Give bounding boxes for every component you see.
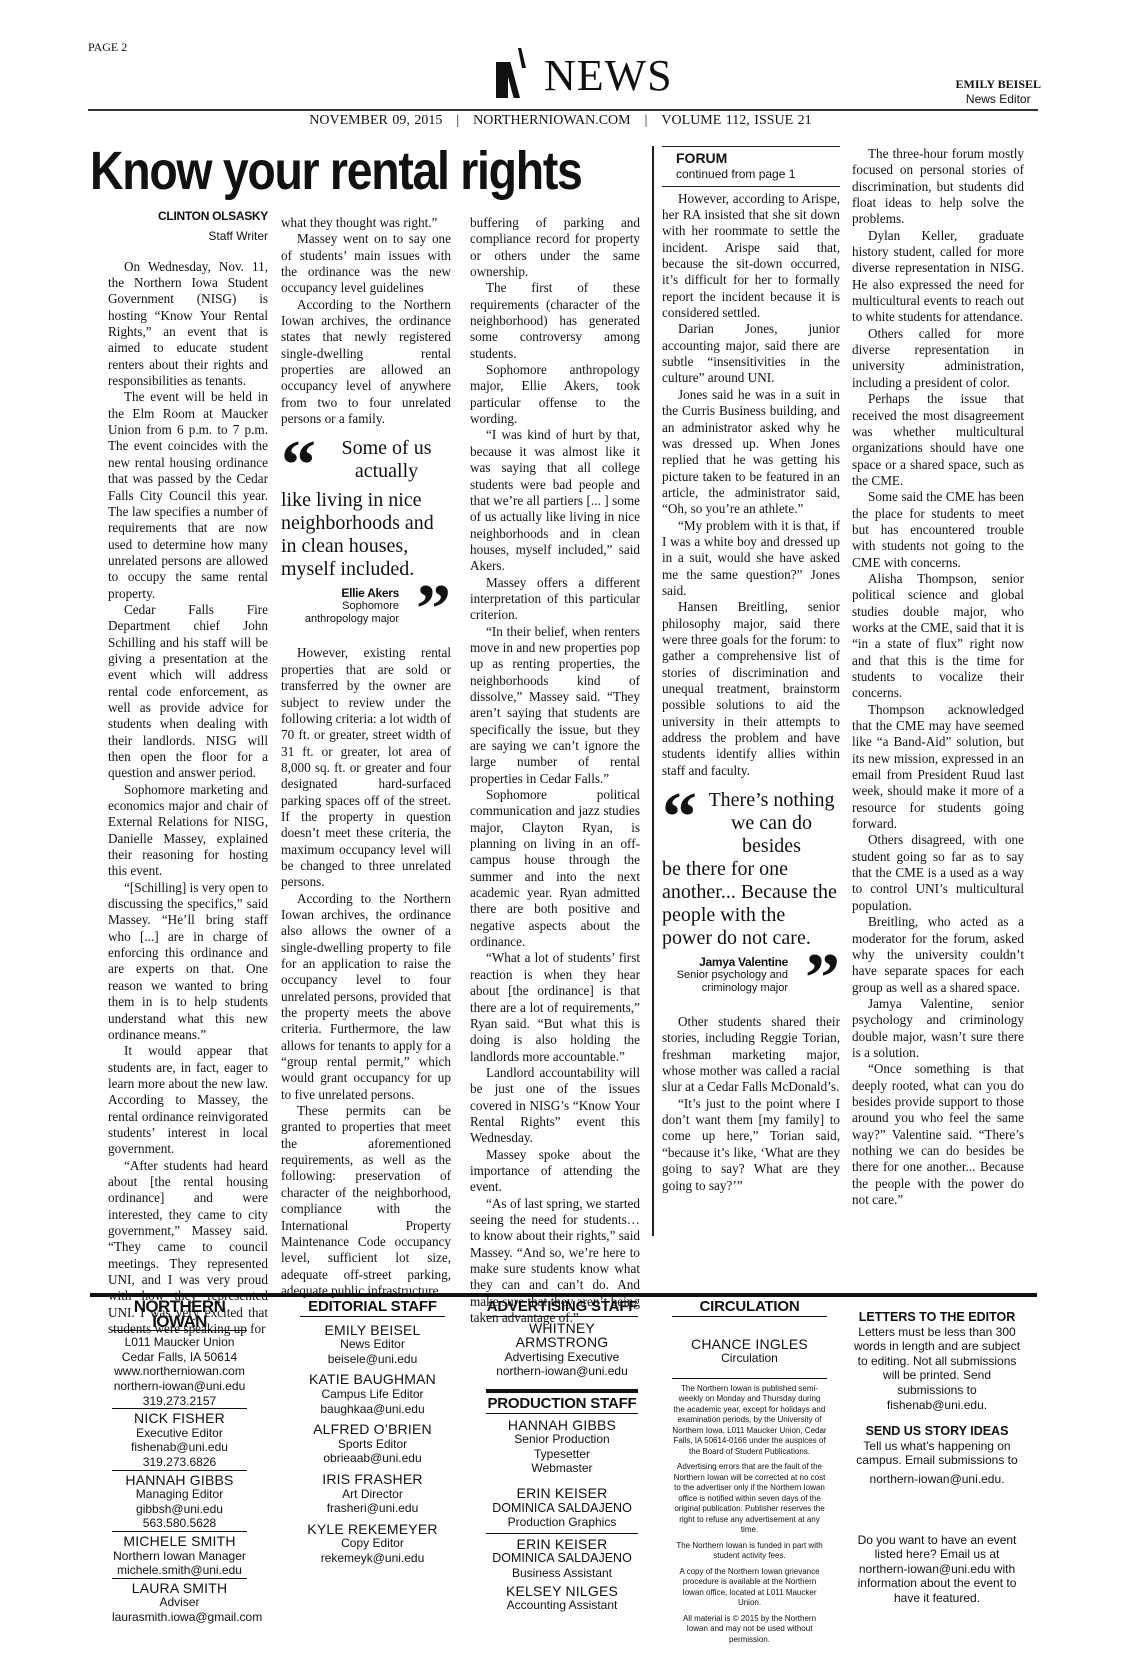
staff-email[interactable]: baughkaa@uni.edu bbox=[300, 1402, 445, 1417]
close-quote-icon: ” bbox=[805, 944, 840, 1014]
circulation-info: CIRCULATION CHANCE INGLES Circulation Th… bbox=[672, 1300, 827, 1645]
paragraph: Jamya Valentine, senior psychology and c… bbox=[852, 996, 1024, 1061]
paragraph: On Wednesday, Nov. 11, the Northern Iowa… bbox=[108, 259, 268, 390]
paragraph: These permits can be granted to properti… bbox=[281, 1103, 451, 1299]
staff-name: IRIS FRASHER bbox=[300, 1472, 445, 1487]
staff-role: Art Director bbox=[300, 1487, 445, 1502]
pull-quote-attribution: Ellie Akers Sophomore anthropology major… bbox=[281, 587, 451, 635]
close-quote-icon: ” bbox=[416, 575, 451, 645]
separator: | bbox=[645, 113, 648, 128]
paragraph: Massey spoke about the importance of att… bbox=[470, 1147, 640, 1196]
fine-print: Advertising errors that are the fault of… bbox=[672, 1462, 827, 1536]
paragraph: According to the Northern Iowan archives… bbox=[281, 891, 451, 1103]
paragraph: The three-hour forum mostly focused on p… bbox=[852, 146, 1024, 228]
footer-divider bbox=[90, 1293, 1037, 1297]
masthead-title: NORTHERN IOWAN bbox=[112, 1300, 247, 1331]
paragraph: Cedar Falls Fire Department chief John S… bbox=[108, 602, 268, 782]
paragraph: “What a lot of students’ first reaction … bbox=[470, 950, 640, 1064]
pull-quote: “ There’s nothing we can do besides be t… bbox=[662, 789, 840, 950]
quote-speaker: Ellie Akers bbox=[281, 587, 399, 600]
volume-issue: VOLUME 112, ISSUE 21 bbox=[661, 113, 811, 128]
paragraph: Sophomore political communication and ja… bbox=[470, 787, 640, 950]
staff-name: MICHELE SMITH bbox=[112, 1534, 247, 1549]
staff-email[interactable]: rekemeyk@uni.edu bbox=[300, 1551, 445, 1566]
letters-title: LETTERS TO THE EDITOR bbox=[852, 1310, 1022, 1325]
staff-role: Senior Production bbox=[486, 1432, 638, 1447]
issue-date: NOVEMBER 09, 2015 bbox=[309, 113, 442, 128]
editorial-staff-title: EDITORIAL STAFF bbox=[300, 1300, 445, 1317]
continued-box: FORUM continued from page 1 bbox=[662, 146, 840, 187]
staff-name: CHANCE INGLES bbox=[672, 1337, 827, 1352]
story-ideas-email[interactable]: northern-iowan@uni.edu. bbox=[852, 1472, 1022, 1487]
paragraph: “Once something is that deeply rooted, w… bbox=[852, 1061, 1024, 1208]
masthead-info: NORTHERN IOWAN L011 Maucker Union Cedar … bbox=[112, 1300, 247, 1624]
staff-email[interactable]: obrieaab@uni.edu bbox=[300, 1451, 445, 1466]
author-name: CLINTON OLSASKY bbox=[108, 208, 268, 224]
staff-role: News Editor bbox=[300, 1337, 445, 1352]
staff-email[interactable]: fishenab@uni.edu bbox=[112, 1440, 247, 1455]
staff-email[interactable]: gibbsh@uni.edu bbox=[112, 1502, 247, 1517]
staff-name: KELSEY NILGES bbox=[486, 1584, 638, 1599]
separator: | bbox=[456, 113, 459, 128]
staff-role: Production Graphics bbox=[486, 1515, 638, 1534]
article-headline: Know your rental rights bbox=[90, 140, 582, 202]
editorial-staff: EDITORIAL STAFF EMILY BEISEL News Editor… bbox=[300, 1300, 445, 1566]
column-divider bbox=[652, 146, 654, 1236]
page-number: PAGE 2 bbox=[88, 40, 127, 55]
fine-print: A copy of the Northern Iowan grievance p… bbox=[672, 1567, 827, 1609]
pull-quote-text: like living in nice neighborhoods and in… bbox=[281, 489, 451, 581]
paragraph: buffering of parking and compliance reco… bbox=[470, 215, 640, 280]
paragraph: However, according to Arispe, her RA ins… bbox=[662, 191, 840, 322]
paragraph: Others disagreed, with one student going… bbox=[852, 832, 1024, 914]
byline: CLINTON OLSASKY Staff Writer bbox=[108, 208, 268, 245]
article-column-3: buffering of parking and compliance reco… bbox=[470, 215, 640, 1326]
staff-name: WHITNEY ARMSTRONG bbox=[486, 1321, 638, 1350]
staff-role: Campus Life Editor bbox=[300, 1387, 445, 1402]
quote-speaker-major: criminology major bbox=[662, 982, 788, 995]
staff-email[interactable]: northern-iowan@uni.edu bbox=[486, 1364, 638, 1379]
paragraph: However, existing rental properties that… bbox=[281, 645, 451, 890]
author-role: Staff Writer bbox=[108, 228, 268, 244]
staff-name: DOMINICA SALDAJENO bbox=[486, 1501, 638, 1516]
paragraph: Sophomore marketing and economics major … bbox=[108, 782, 268, 880]
staff-email[interactable]: michele.smith@uni.edu bbox=[112, 1563, 247, 1579]
staff-name: KYLE REKEMEYER bbox=[300, 1522, 445, 1537]
paragraph: what they thought was right.” bbox=[281, 215, 451, 231]
address-line: Cedar Falls, IA 50614 bbox=[112, 1350, 247, 1365]
quote-speaker-role: Senior psychology and bbox=[662, 969, 788, 982]
email-link[interactable]: northern-iowan@uni.edu bbox=[112, 1379, 247, 1394]
advertising-staff-title: ADVERTISING STAFF bbox=[486, 1300, 638, 1317]
staff-role: Circulation bbox=[672, 1351, 827, 1379]
forum-column-1: FORUM continued from page 1 However, acc… bbox=[662, 146, 840, 1194]
staff-name: NICK FISHER bbox=[112, 1411, 247, 1426]
continued-from-link[interactable]: continued from page 1 bbox=[676, 166, 840, 182]
staff-name: LAURA SMITH bbox=[112, 1581, 247, 1596]
paragraph: Hansen Breitling, senior philosophy majo… bbox=[662, 599, 840, 779]
staff-role: Typesetter bbox=[486, 1447, 638, 1462]
open-quote-icon: “ bbox=[662, 795, 697, 841]
paragraph: Sophomore anthropology major, Ellie Aker… bbox=[470, 362, 640, 427]
staff-role: Accounting Assistant bbox=[486, 1598, 638, 1613]
staff-name: HANNAH GIBBS bbox=[486, 1418, 638, 1433]
paragraph: Landlord accountability will be just one… bbox=[470, 1065, 640, 1147]
paragraph: Massey went on to say one of students’ m… bbox=[281, 231, 451, 296]
event-listing-text: Do you want to have an event listed here… bbox=[852, 1533, 1022, 1606]
staff-role: Webmaster bbox=[486, 1461, 638, 1476]
staff-name: ERIN KEISER bbox=[486, 1537, 638, 1552]
staff-name: DOMINICA SALDAJENO bbox=[486, 1551, 638, 1566]
paragraph: Jones said he was in a suit in the Curri… bbox=[662, 387, 840, 518]
continued-label: FORUM bbox=[676, 150, 840, 166]
fine-print: The Northern Iowan is funded in part wit… bbox=[672, 1541, 827, 1562]
paragraph: Dylan Keller, graduate history student, … bbox=[852, 228, 1024, 326]
staff-phone: 563.580.5628 bbox=[112, 1516, 247, 1532]
article-column-1: CLINTON OLSASKY Staff Writer On Wednesda… bbox=[108, 208, 268, 1337]
paragraph: “[Schilling] is very open to discussing … bbox=[108, 880, 268, 1043]
staff-name: ALFRED O’BRIEN bbox=[300, 1422, 445, 1437]
staff-role: Copy Editor bbox=[300, 1536, 445, 1551]
paragraph: Alisha Thompson, senior political scienc… bbox=[852, 571, 1024, 702]
staff-name: EMILY BEISEL bbox=[300, 1323, 445, 1338]
paragraph: Thompson acknowledged that the CME may h… bbox=[852, 702, 1024, 833]
staff-role: Adviser bbox=[112, 1595, 247, 1610]
section-title: NEWS bbox=[544, 54, 673, 98]
story-ideas-text: Tell us what’s happening on campus. Emai… bbox=[852, 1439, 1022, 1468]
fine-print: The Northern Iowan is published semi-wee… bbox=[672, 1384, 827, 1458]
paragraph: “My problem with it is that, if I was a … bbox=[662, 518, 840, 600]
header-divider bbox=[88, 109, 1038, 111]
circulation-title: CIRCULATION bbox=[672, 1300, 827, 1317]
editor-role: News Editor bbox=[956, 92, 1041, 106]
letters-to-editor: LETTERS TO THE EDITOR Letters must be le… bbox=[852, 1310, 1022, 1606]
staff-email[interactable]: frasheri@uni.edu bbox=[300, 1501, 445, 1516]
article-column-2: what they thought was right.” Massey wen… bbox=[281, 215, 451, 1299]
northern-iowan-logo-icon bbox=[496, 48, 526, 98]
advertising-production-staff: ADVERTISING STAFF WHITNEY ARMSTRONG Adve… bbox=[486, 1300, 638, 1613]
pull-quote: “ Some of us actually like living in nic… bbox=[281, 437, 451, 581]
staff-role: Business Assistant bbox=[486, 1566, 638, 1581]
pull-quote-attribution: Jamya Valentine Senior psychology and cr… bbox=[662, 956, 840, 1004]
staff-role: Executive Editor bbox=[112, 1426, 247, 1441]
quote-speaker-role: Sophomore bbox=[281, 600, 399, 613]
quote-speaker: Jamya Valentine bbox=[662, 956, 788, 969]
story-ideas-title: SEND US STORY IDEAS bbox=[852, 1424, 1022, 1439]
staff-phone: 319.273.6826 bbox=[112, 1455, 247, 1471]
section-editor: EMILY BEISEL News Editor bbox=[956, 77, 1041, 106]
staff-name: KATIE BAUGHMAN bbox=[300, 1372, 445, 1387]
staff-role: Sports Editor bbox=[300, 1437, 445, 1452]
website-link[interactable]: www.northerniowan.com bbox=[112, 1364, 247, 1379]
phone: 319.273.2157 bbox=[112, 1394, 247, 1410]
paragraph: Breitling, who acted as a moderator for … bbox=[852, 914, 1024, 996]
open-quote-icon: “ bbox=[281, 443, 316, 489]
staff-email[interactable]: beisele@uni.edu bbox=[300, 1352, 445, 1367]
paragraph: It would appear that students are, in fa… bbox=[108, 1043, 268, 1157]
dateline: NOVEMBER 09, 2015|NORTHERNIOWAN.COM|VOLU… bbox=[0, 113, 1121, 129]
paragraph: “It’s just to the point where I don’t wa… bbox=[662, 1096, 840, 1194]
editor-name: EMILY BEISEL bbox=[956, 77, 1041, 92]
staff-email[interactable]: laurasmith.iowa@gmail.com bbox=[112, 1610, 247, 1625]
forum-column-2: The three-hour forum mostly focused on p… bbox=[852, 146, 1024, 1208]
production-staff-title: PRODUCTION STAFF bbox=[486, 1397, 638, 1414]
staff-name: ERIN KEISER bbox=[486, 1486, 638, 1501]
paragraph: Some said the CME has been the place for… bbox=[852, 489, 1024, 571]
paragraph: Others called for more diverse represent… bbox=[852, 326, 1024, 391]
staff-role: Northern Iowan Manager bbox=[112, 1549, 247, 1564]
paragraph: Other students shared their stories, inc… bbox=[662, 1014, 840, 1096]
paragraph: The first of these requirements (charact… bbox=[470, 280, 640, 362]
staff-role: Managing Editor bbox=[112, 1487, 247, 1502]
pull-quote-text: be there for one another... Because the … bbox=[662, 858, 840, 950]
paragraph: Perhaps the issue that received the most… bbox=[852, 391, 1024, 489]
staff-role: Advertising Executive bbox=[486, 1350, 638, 1365]
letters-text: Letters must be less than 300 words in l… bbox=[852, 1325, 1022, 1413]
section-masthead: NEWS bbox=[496, 48, 673, 98]
paragraph: According to the Northern Iowan archives… bbox=[281, 297, 451, 428]
fine-print: All material is © 2015 by the Northern I… bbox=[672, 1614, 827, 1646]
quote-speaker-major: anthropology major bbox=[281, 613, 399, 626]
paragraph: “I was kind of hurt by that, because it … bbox=[470, 427, 640, 574]
staff-name: HANNAH GIBBS bbox=[112, 1473, 247, 1488]
paragraph: “In their belief, when renters move in a… bbox=[470, 624, 640, 787]
paragraph: Darian Jones, junior accounting major, s… bbox=[662, 321, 840, 386]
section-divider bbox=[486, 1389, 638, 1393]
paragraph: The event will be held in the Elm Room a… bbox=[108, 389, 268, 601]
address-line: L011 Maucker Union bbox=[112, 1335, 247, 1350]
paragraph: Massey offers a different interpretation… bbox=[470, 575, 640, 624]
website-link[interactable]: NORTHERNIOWAN.COM bbox=[473, 113, 630, 128]
